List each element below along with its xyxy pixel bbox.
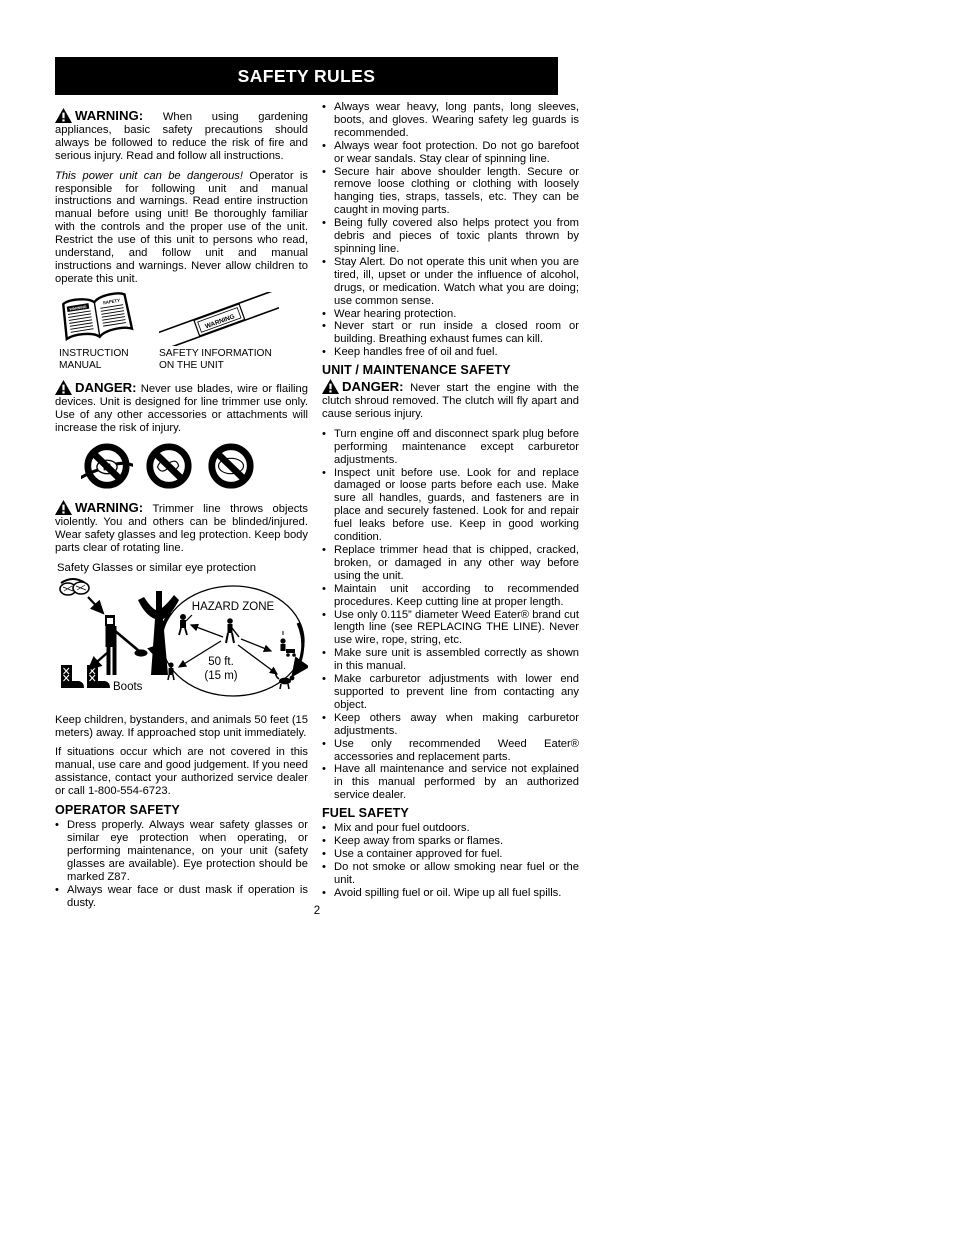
warning-triangle-icon: [55, 380, 72, 395]
warning-triangle-icon: [55, 108, 72, 123]
list-item: •Have all maintenance and service not ex…: [322, 763, 579, 802]
list-item: •Keep others away when making carburetor…: [322, 712, 579, 738]
bullet-marker: •: [322, 822, 334, 835]
no-circular-blade-icon: [205, 442, 257, 490]
unit-safety-label-text: SAFETY INFORMATION ON THE UNIT: [159, 348, 279, 372]
list-item: •Always wear heavy, long pants, long sle…: [322, 101, 579, 140]
operator-figure: [105, 615, 148, 675]
bullet-marker: •: [322, 320, 334, 346]
list-item: •Do not smoke or allow smoking near fuel…: [322, 861, 579, 887]
bullet-marker: •: [322, 712, 334, 738]
left-column: WARNING: When using gardening appliances…: [55, 99, 308, 910]
prohibited-attachments-row: [81, 442, 308, 490]
no-line-spool-icon: [81, 442, 133, 490]
list-item: •Keep handles free of oil and fuel.: [322, 346, 579, 359]
bullet-marker: •: [322, 544, 334, 583]
dangerous-lead: This power unit can be dangerous!: [55, 170, 243, 182]
bullet-marker: •: [322, 583, 334, 609]
safety-glasses-caption: Safety Glasses or similar eye protection: [57, 562, 308, 574]
child-figure: [179, 614, 192, 635]
list-item: •Use only 0.115” diameter Weed Eater® br…: [322, 609, 579, 648]
bullet-marker: •: [322, 256, 334, 308]
danger-label: DANGER:: [75, 380, 137, 395]
list-item: •Never start or run inside a closed room…: [322, 320, 579, 346]
boots-icon: [61, 665, 110, 688]
bullet-marker: •: [322, 609, 334, 648]
bullet-marker: •: [322, 346, 334, 359]
bullet-marker: •: [322, 738, 334, 764]
no-flail-blade-icon: [143, 442, 195, 490]
dog-figure: [276, 673, 295, 689]
operator-safety-heading: OPERATOR SAFETY: [55, 803, 308, 817]
list-item: •Wear hearing protection.: [322, 308, 579, 321]
bullet-marker: •: [55, 819, 67, 884]
bullet-marker: •: [322, 673, 334, 712]
bullet-marker: •: [322, 166, 334, 218]
warning-intro-paragraph: WARNING: When using gardening appliances…: [55, 108, 308, 163]
bullet-marker: •: [322, 467, 334, 544]
dangerous-text: Operator is responsible for following un…: [55, 170, 308, 285]
keep-away-paragraph: Keep children, bystanders, and animals 5…: [55, 714, 308, 740]
list-item: •Make sure unit is assembled correctly a…: [322, 647, 579, 673]
list-item: •Mix and pour fuel outdoors.: [322, 822, 579, 835]
distance-meters-label: (15 m): [204, 670, 237, 682]
list-item: •Dress properly. Always wear safety glas…: [55, 819, 308, 884]
bullet-marker: •: [322, 861, 334, 887]
unit-maintenance-safety-heading: UNIT / MAINTENANCE SAFETY: [322, 363, 579, 377]
bullet-marker: •: [322, 647, 334, 673]
page-title: SAFETY RULES: [238, 66, 376, 87]
page-number: 2: [55, 905, 579, 917]
list-item: •Secure hair above shoulder length. Secu…: [322, 166, 579, 218]
list-item: •Stay Alert. Do not operate this unit wh…: [322, 256, 579, 308]
bystander-figure: [168, 662, 174, 680]
instruction-manual-icon: WARNING SAFETY: [57, 292, 137, 346]
list-item: •Replace trimmer head that is chipped, c…: [322, 544, 579, 583]
fuel-safety-heading: FUEL SAFETY: [322, 806, 579, 820]
two-column-layout: WARNING: When using gardening appliances…: [55, 99, 579, 910]
hazard-zone-illustration: HAZARD ZONE: [55, 575, 308, 703]
page-header-bar: SAFETY RULES: [55, 57, 558, 95]
list-item: •Always wear foot protection. Do not go …: [322, 140, 579, 166]
list-item: •Being fully covered also helps protect …: [322, 217, 579, 256]
dangerous-paragraph: This power unit can be dangerous! Operat…: [55, 170, 308, 286]
bullet-marker: •: [322, 835, 334, 848]
list-item: •Use only recommended Weed Eater® access…: [322, 738, 579, 764]
bullet-marker: •: [322, 308, 334, 321]
center-operator-figure: [226, 618, 239, 643]
bullet-marker: •: [322, 848, 334, 861]
page-content: SAFETY RULES WARNING: When using gardeni…: [55, 57, 579, 910]
reference-icons-row: WARNING SAFETY INSTRUCTION MANUAL: [57, 292, 308, 372]
list-item: •Inspect unit before use. Look for and r…: [322, 467, 579, 544]
instruction-manual-label: INSTRUCTION MANUAL: [59, 348, 137, 372]
warning-label: WARNING:: [75, 500, 143, 515]
goggles-icon: [60, 579, 89, 595]
list-item: •Keep away from sparks or flames.: [322, 835, 579, 848]
bullet-marker: •: [322, 763, 334, 802]
situations-paragraph: If situations occur which are not covere…: [55, 746, 308, 798]
bullet-marker: •: [322, 428, 334, 467]
warning-label: WARNING:: [75, 108, 143, 123]
danger-blades-paragraph: DANGER: Never use blades, wire or flaili…: [55, 380, 308, 435]
danger-clutch-paragraph: DANGER: Never start the engine with the …: [322, 379, 579, 421]
hazard-zone-label: HAZARD ZONE: [192, 601, 275, 613]
mower-figure: [280, 631, 295, 657]
bullet-marker: •: [322, 140, 334, 166]
hazard-zone-figure: Safety Glasses or similar eye protection: [55, 562, 308, 708]
list-item: •Avoid spilling fuel or oil. Wipe up all…: [322, 887, 579, 900]
list-item: •Use a container approved for fuel.: [322, 848, 579, 861]
list-item: •Make carburetor adjustments with lower …: [322, 673, 579, 712]
list-item: •Maintain unit according to recommended …: [322, 583, 579, 609]
bullet-marker: •: [322, 887, 334, 900]
warning-line-paragraph: WARNING: Trimmer line throws objects vio…: [55, 500, 308, 555]
boots-label: Boots: [113, 681, 143, 693]
list-item: •Turn engine off and disconnect spark pl…: [322, 428, 579, 467]
unit-safety-label-block: WARNING SAFETY INFORMATION ON THE UNIT: [159, 292, 279, 372]
danger-label: DANGER:: [342, 379, 404, 394]
manual-page: SAFETY RULES WARNING: When using gardeni…: [0, 0, 954, 1235]
right-column: •Always wear heavy, long pants, long sle…: [322, 99, 579, 910]
bullet-marker: •: [322, 101, 334, 140]
warning-triangle-icon: [322, 379, 339, 394]
instruction-manual-block: WARNING SAFETY INSTRUCTION MANUAL: [57, 292, 137, 372]
distance-feet-label: 50 ft.: [208, 656, 234, 668]
bullet-marker: •: [322, 217, 334, 256]
warning-triangle-icon: [55, 500, 72, 515]
unit-safety-label-icon: WARNING: [159, 292, 279, 346]
